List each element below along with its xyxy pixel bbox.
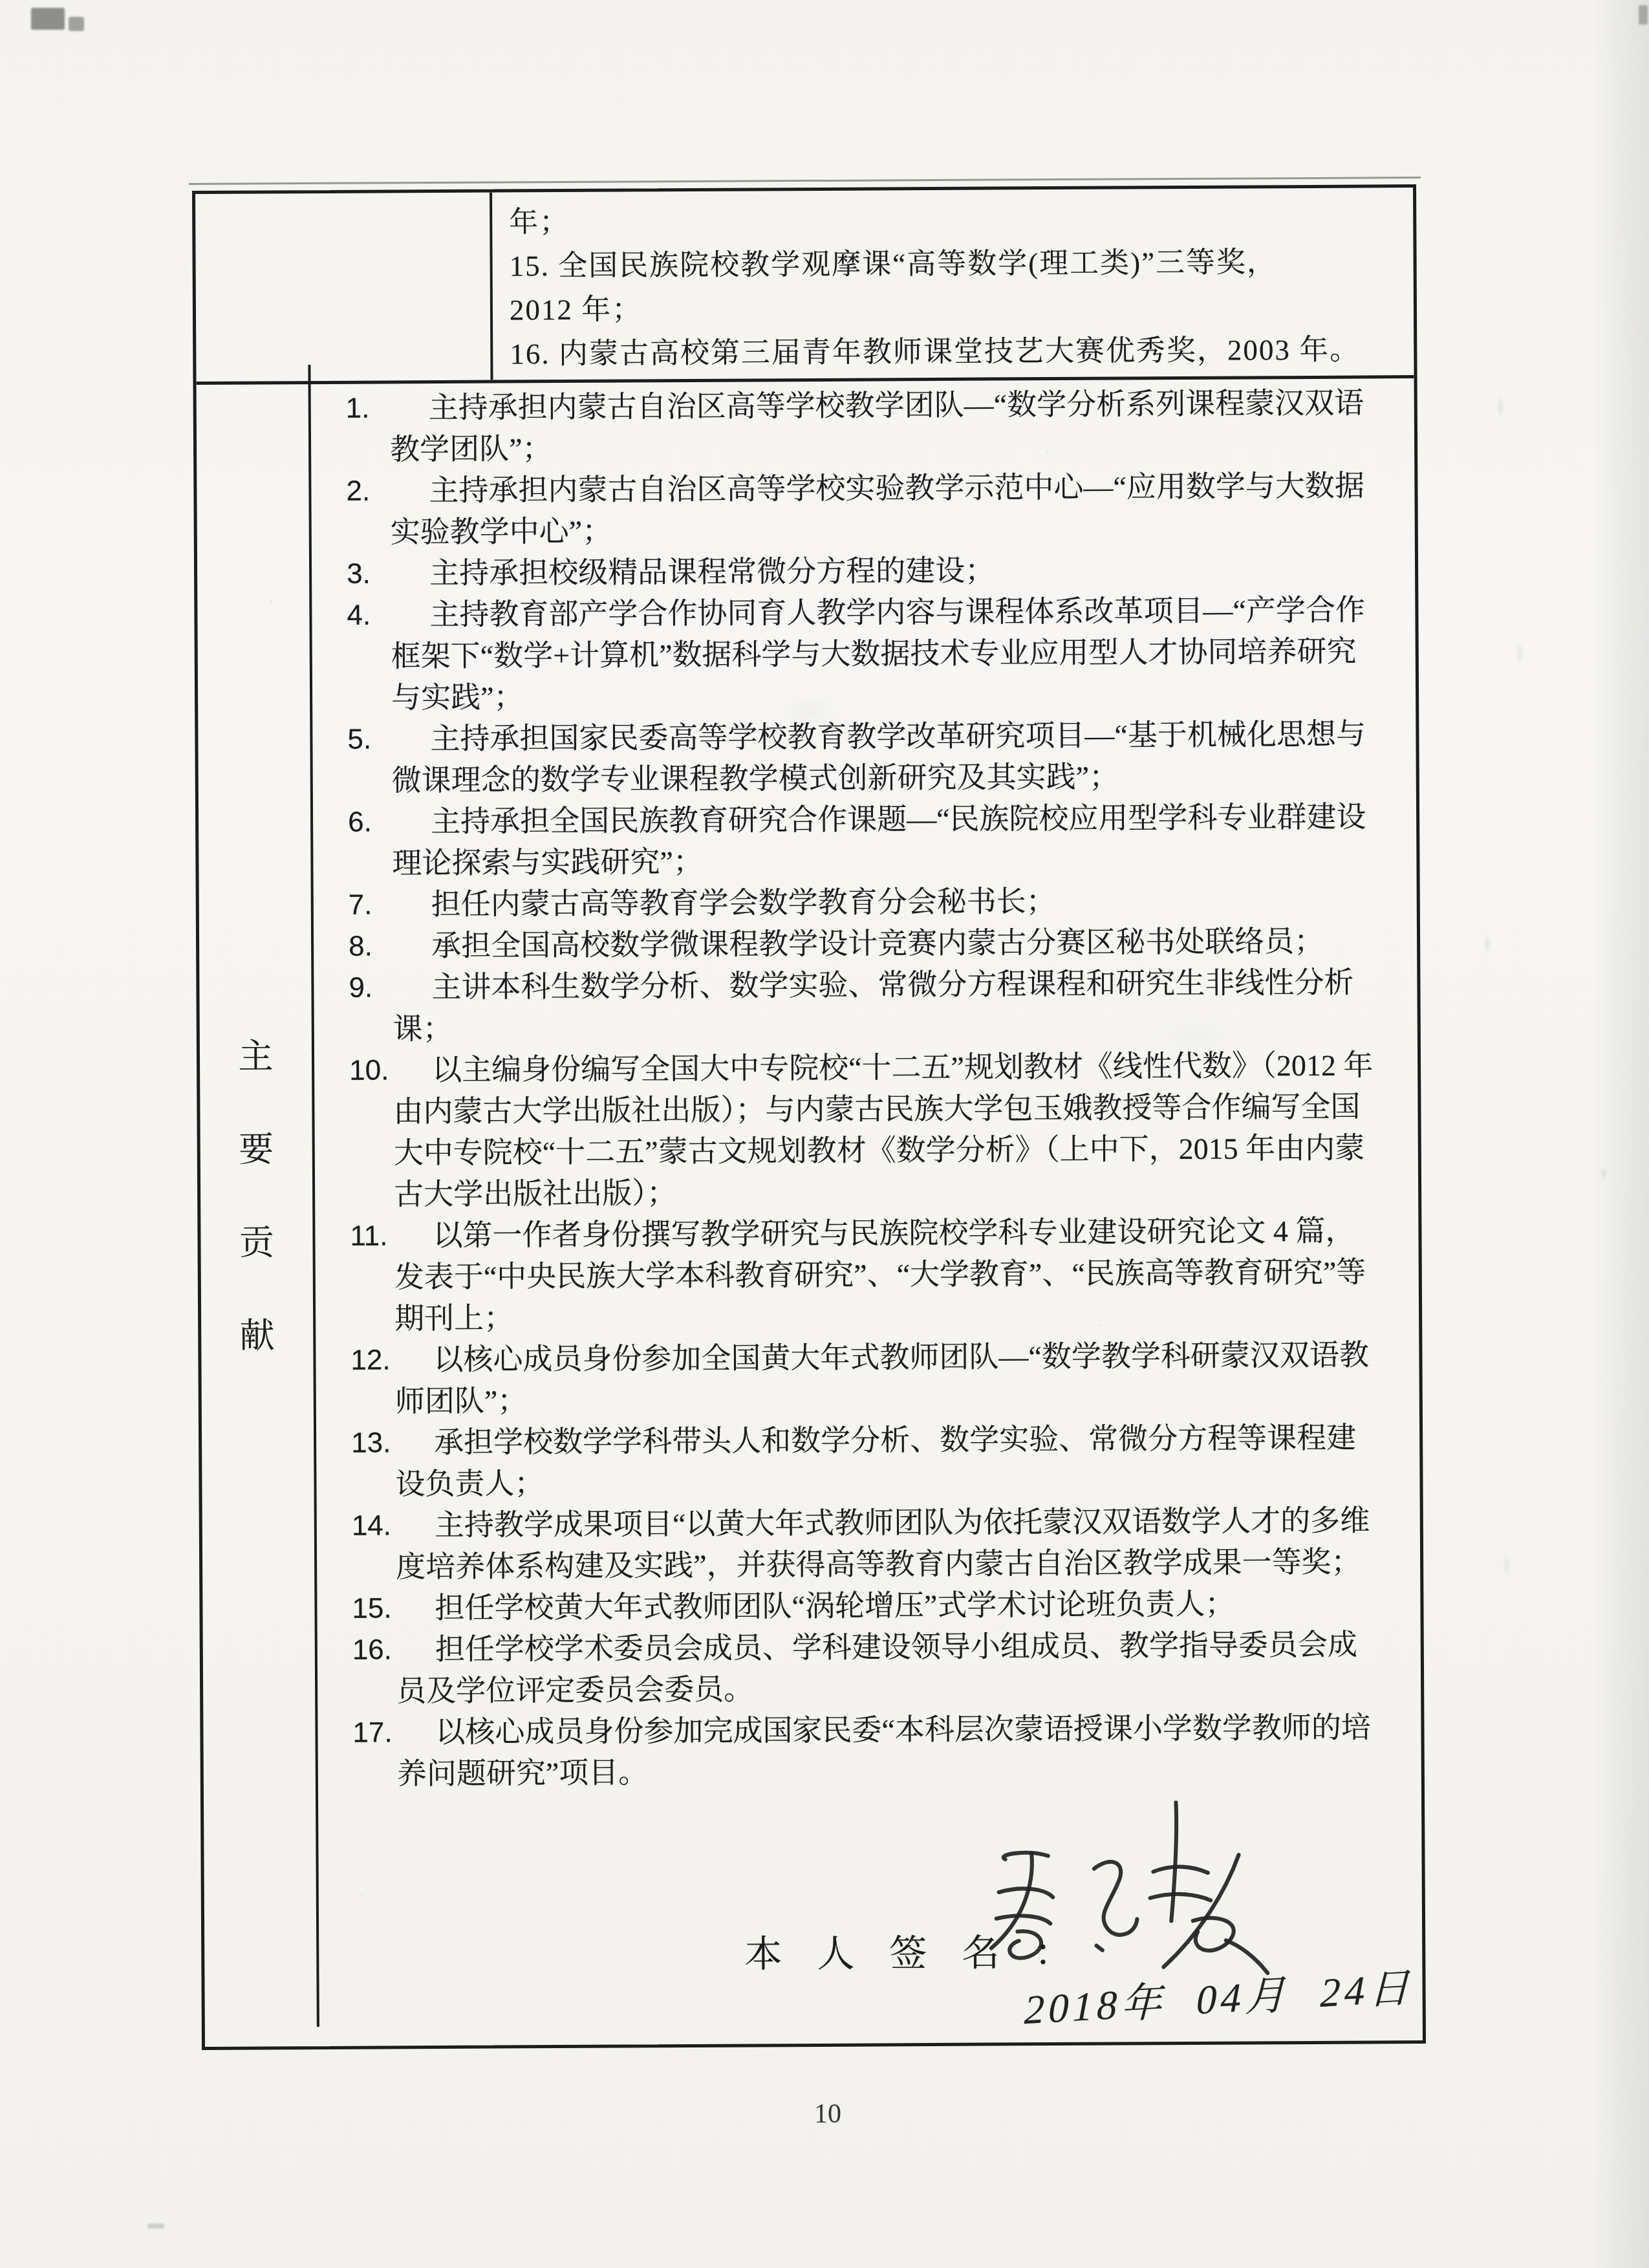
item-text: 以核心成员身份参加全国黄大年式教师团队—“数学教学科研蒙汉双语教师团队”； xyxy=(395,1338,1369,1418)
item-number: 16. xyxy=(352,1629,393,1670)
page-number: 10 xyxy=(799,2099,857,2130)
item-text: 主持教学成果项目“以黄大年式教师团队为依托蒙汉双语数学人才的多维度培养体系构建及… xyxy=(396,1504,1370,1583)
item-text: 以主编身份编写全国大中专院校“十二五”规划教材《线性代数》（2012 年由内蒙古… xyxy=(393,1048,1373,1211)
item-text: 主讲本科生数学分析、数学实验、常微分方程课程和研究生非线性分析课； xyxy=(393,966,1354,1046)
award-line: 2012 年； xyxy=(510,283,1394,332)
contribution-item: 16.担任学校学术委员会成员、学科建设领导小组成员、教学指导委员会成员及学位评定… xyxy=(396,1624,1379,1712)
item-number: 8. xyxy=(349,926,372,967)
resume-table: 年； 15. 全国民族院校教学观摩课“高等数学(理工类)”三等奖， 2012 年… xyxy=(192,184,1426,2050)
row-label-char: 主 xyxy=(238,1038,273,1074)
item-text: 主持承担全国民族教育研究合作课题—“民族院校应用型学科专业群建设理论探索与实践研… xyxy=(392,801,1366,880)
item-text: 主持承担内蒙古自治区高等学校教学团队—“数学分析系列课程蒙汉双语教学团队”； xyxy=(390,387,1364,466)
row-label-char: 献 xyxy=(240,1317,275,1354)
item-number: 12. xyxy=(350,1339,391,1381)
contribution-list: 1.主持承担内蒙古自治区高等学校教学团队—“数学分析系列课程蒙汉双语教学团队”；… xyxy=(390,382,1379,1795)
contribution-item: 15.担任学校黄大年式教师团队“涡轮增压”式学术讨论班负责人； xyxy=(396,1582,1377,1629)
handwritten-signature xyxy=(965,1792,1277,1991)
item-number: 17. xyxy=(352,1712,393,1753)
item-number: 14. xyxy=(352,1505,392,1546)
item-text: 承担全国高校数学微课程教学设计竞赛内蒙古分赛区秘书处联络员； xyxy=(431,925,1324,962)
contribution-item: 5.主持承担国家民委高等学校教育教学改革研究项目—“基于机械化思想与微课理念的数… xyxy=(391,713,1374,801)
contribution-item: 4.主持教育部产学合作协同育人教学内容与课程体系改革项目—“产学合作框架下“数学… xyxy=(391,589,1373,718)
item-text: 担任内蒙古高等教育学会数学教育分会秘书长； xyxy=(431,885,1056,921)
contribution-item: 9.主讲本科生数学分析、数学实验、常微分方程课程和研究生非线性分析课； xyxy=(393,962,1375,1050)
item-text: 以核心成员身份参加完成国家民委“本科层次蒙语授课小学数学教师的培养问题研究”项目… xyxy=(397,1711,1371,1790)
item-text: 主持承担国家民委高等学校教育教学改革研究项目—“基于机械化思想与微课理念的数学专… xyxy=(392,718,1366,797)
contribution-item: 7.担任内蒙古高等教育学会数学教育分会秘书长； xyxy=(393,879,1374,925)
main-contributions-row: 主 要 贡 献 1.主持承担内蒙古自治区高等学校教学团队—“数学分析系列课程蒙汉… xyxy=(197,378,1423,2047)
item-number: 11. xyxy=(350,1215,387,1257)
scan-artifact-line xyxy=(189,177,1421,185)
row-label-char: 要 xyxy=(239,1131,274,1167)
item-number: 5. xyxy=(347,719,371,761)
item-number: 1. xyxy=(346,388,370,429)
item-text: 以第一作者身份撰写教学研究与民族院校学科专业建设研究论文 4 篇，发表于“中央民… xyxy=(394,1215,1366,1335)
item-text: 担任学校黄大年式教师团队“涡轮增压”式学术讨论班负责人； xyxy=(435,1588,1234,1625)
contribution-item: 13.承担学校数学学科带头人和数学分析、数学实验、常微分方程等课程建设负责人； xyxy=(395,1417,1377,1505)
contribution-item: 6.主持承担全国民族教育研究合作课题—“民族院校应用型学科专业群建设理论探索与实… xyxy=(392,796,1374,884)
item-number: 2. xyxy=(346,471,370,512)
main-contributions-content: 1.主持承担内蒙古自治区高等学校教学团队—“数学分析系列课程蒙汉双语教学团队”；… xyxy=(311,378,1423,2046)
contribution-item: 2.主持承担内蒙古自治区高等学校实验教学示范中心—“应用数学与大数据实验教学中心… xyxy=(390,465,1372,553)
main-contributions-label-cell: 主 要 贡 献 xyxy=(196,365,319,2027)
item-number: 15. xyxy=(352,1588,392,1629)
scan-smudge xyxy=(69,17,84,31)
item-number: 10. xyxy=(349,1050,389,1091)
item-number: 3. xyxy=(347,554,371,595)
contribution-item: 10.以主编身份编写全国大中专院校“十二五”规划教材《线性代数》（2012 年由… xyxy=(393,1044,1375,1215)
awards-continuation-row: 年； 15. 全国民族院校教学观摩课“高等数学(理工类)”三等奖， 2012 年… xyxy=(195,188,1414,385)
contribution-item: 12.以核心成员身份参加全国黄大年式教师团队—“数学教学科研蒙汉双语教师团队”； xyxy=(394,1334,1377,1422)
item-number: 13. xyxy=(351,1422,391,1463)
awards-label-cell-empty xyxy=(195,193,493,382)
signature-strokes xyxy=(991,1802,1267,1975)
item-number: 7. xyxy=(349,885,372,926)
contribution-item: 11.以第一作者身份撰写教学研究与民族院校学科专业建设研究论文 4 篇，发表于“… xyxy=(394,1210,1376,1339)
award-line: 15. 全国民族院校教学观摩课“高等数学(理工类)”三等奖， xyxy=(509,239,1394,288)
awards-continuation-content: 年； 15. 全国民族院校教学观摩课“高等数学(理工类)”三等奖， 2012 年… xyxy=(492,188,1414,380)
scan-smudge xyxy=(31,8,65,30)
item-text: 主持教育部产学合作协同育人教学内容与课程体系改革项目—“产学合作框架下“数学+计… xyxy=(391,594,1365,715)
item-text: 主持承担校级精品课程常微分方程的建设； xyxy=(429,554,995,590)
contribution-item: 8.承担全国高校数学微课程教学设计竞赛内蒙古分赛区秘书处联络员； xyxy=(393,920,1374,967)
item-text: 承担学校数学学科带头人和数学分析、数学实验、常微分方程等课程建设负责人； xyxy=(395,1421,1356,1501)
award-line: 16. 内蒙古高校第三届青年教师课堂技艺大赛优秀奖，2003 年。 xyxy=(510,327,1394,376)
award-line: 年； xyxy=(509,195,1394,244)
item-text: 担任学校学术委员会成员、学科建设领导小组成员、教学指导委员会成员及学位评定委员会… xyxy=(396,1628,1357,1708)
item-text: 主持承担内蒙古自治区高等学校实验教学示范中心—“应用数学与大数据实验教学中心”； xyxy=(391,470,1364,549)
contribution-item: 17.以核心成员身份参加完成国家民委“本科层次蒙语授课小学数学教师的培养问题研究… xyxy=(396,1707,1379,1795)
item-number: 9. xyxy=(349,967,372,1009)
scan-smudge xyxy=(147,2223,164,2229)
contribution-item: 14.主持教学成果项目“以黄大年式教师团队为依托蒙汉双语数学人才的多维度培养体系… xyxy=(396,1500,1378,1588)
scan-smudge xyxy=(1639,5,1648,25)
row-label-char: 贡 xyxy=(239,1224,274,1260)
scanned-document-page: 年； 15. 全国民族院校教学观摩课“高等数学(理工类)”三等奖， 2012 年… xyxy=(0,0,1649,2268)
item-number: 4. xyxy=(347,595,371,636)
contribution-item: 1.主持承担内蒙古自治区高等学校教学团队—“数学分析系列课程蒙汉双语教学团队”； xyxy=(390,382,1372,470)
contribution-item: 3.主持承担校级精品课程常微分方程的建设； xyxy=(391,548,1372,594)
item-number: 6. xyxy=(348,802,372,843)
